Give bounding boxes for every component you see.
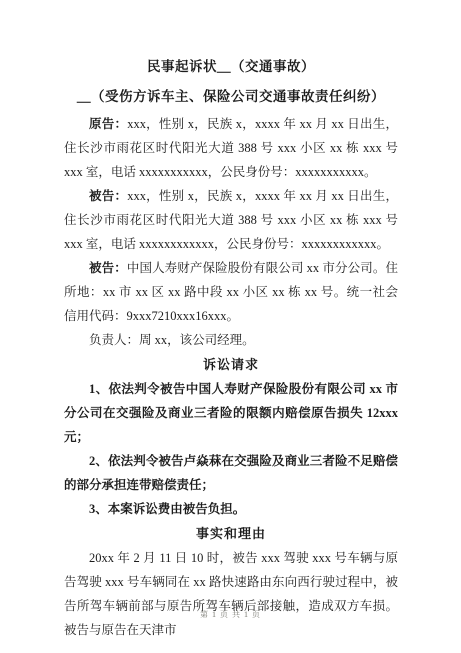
plaintiff-label: 原告： [89,117,127,131]
claims-heading: 诉讼请求 [64,352,398,377]
defendant2-paragraph: 被告：中国人寿财产保险股份有限公司 xx 市分公司。住所地：xx 市 xx 区 … [64,256,398,328]
defendant1-paragraph: 被告：xxx，性别 x，民族 x，xxxx 年 xx 月 xx 日出生，住长沙市… [64,184,398,256]
page-number-footer: 第 1 页 共 1 页 [0,609,461,620]
document-title: 民事起诉状＿（交通事故） [64,52,398,82]
plaintiff-paragraph: 原告：xxx，性别 x，民族 x，xxxx 年 xx 月 xx 日出生，住长沙市… [64,112,398,184]
document-subtitle: ＿（受伤方诉车主、保险公司交通事故责任纠纷） [64,82,398,112]
claim-item-2: 2、依法判令被告卢焱菻在交强险及商业三者险不足赔偿的部分承担连带赔偿责任； [64,449,398,497]
claim-item-1: 1、依法判令被告中国人寿财产保险股份有限公司 xx 市分公司在交强险及商业三者险… [64,377,398,449]
document-page: 民事起诉状＿（交通事故） ＿（受伤方诉车主、保险公司交通事故责任纠纷） 原告：x… [0,0,461,653]
facts-heading: 事实和理由 [64,521,398,546]
defendant1-label: 被告： [89,189,127,203]
facts-paragraph: 20xx 年 2 月 11 日 10 时，被告 xxx 驾驶 xxx 号车辆与原… [64,546,398,642]
claim-item-3: 3、本案诉讼费由被告负担。 [64,497,398,521]
defendant2-label: 被告： [89,261,127,275]
responsible-person-paragraph: 负责人：周 xx，该公司经理。 [64,328,398,352]
